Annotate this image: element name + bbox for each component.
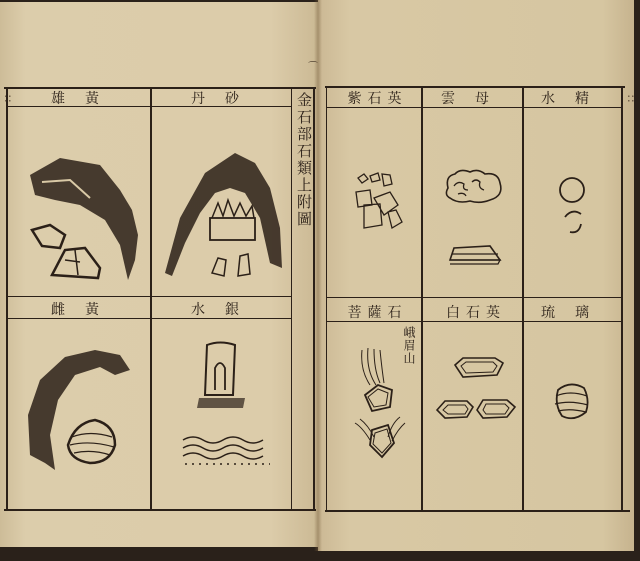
illustration-pusashi bbox=[350, 345, 410, 469]
label-liuli: 琉璃 bbox=[530, 302, 620, 322]
label-baishiying: 白石英 bbox=[432, 302, 520, 322]
left-edge-margin-text: ∷ bbox=[1, 95, 14, 102]
label-dansha: 丹砂 bbox=[170, 88, 280, 108]
label-shuiyin: 水銀 bbox=[170, 299, 280, 319]
fishtail-mark: ⌒ bbox=[308, 58, 318, 73]
left-col-divider bbox=[150, 88, 152, 510]
illustration-cihuang bbox=[20, 345, 150, 479]
illustration-shuiyin bbox=[175, 340, 285, 474]
illustration-zishiying bbox=[350, 170, 410, 244]
right-col-divider-2 bbox=[522, 87, 524, 511]
right-col-divider-1 bbox=[421, 87, 423, 511]
illustration-shuijing bbox=[555, 172, 595, 256]
left-frame-bottom bbox=[4, 509, 316, 511]
section-title: 金石部石類上附圖 bbox=[294, 92, 315, 228]
illustration-liuli bbox=[552, 380, 592, 429]
book-gutter bbox=[314, 0, 322, 551]
left-frame-outer bbox=[6, 87, 8, 511]
illustration-yunmu bbox=[440, 168, 510, 282]
label-yunmu: 雲母 bbox=[430, 88, 520, 108]
label-zishiying: 紫石英 bbox=[335, 88, 420, 108]
label-shuijing: 水精 bbox=[530, 88, 620, 108]
label-cihuang: 雌黃 bbox=[30, 299, 140, 319]
left-title-column-rule bbox=[291, 88, 292, 510]
illustration-baishiying bbox=[435, 355, 520, 429]
right-frame-outer bbox=[621, 86, 623, 512]
right-row-divider bbox=[327, 297, 622, 298]
right-frame-bottom bbox=[325, 510, 630, 512]
illustration-dansha bbox=[160, 148, 290, 292]
label-pusashi: 菩薩石 bbox=[335, 302, 420, 322]
illustration-xionghuang bbox=[20, 150, 150, 294]
right-frame-inner bbox=[326, 86, 327, 512]
right-edge-margin-text: ∷ bbox=[624, 95, 637, 102]
label-xionghuang: 雄黃 bbox=[30, 88, 140, 108]
